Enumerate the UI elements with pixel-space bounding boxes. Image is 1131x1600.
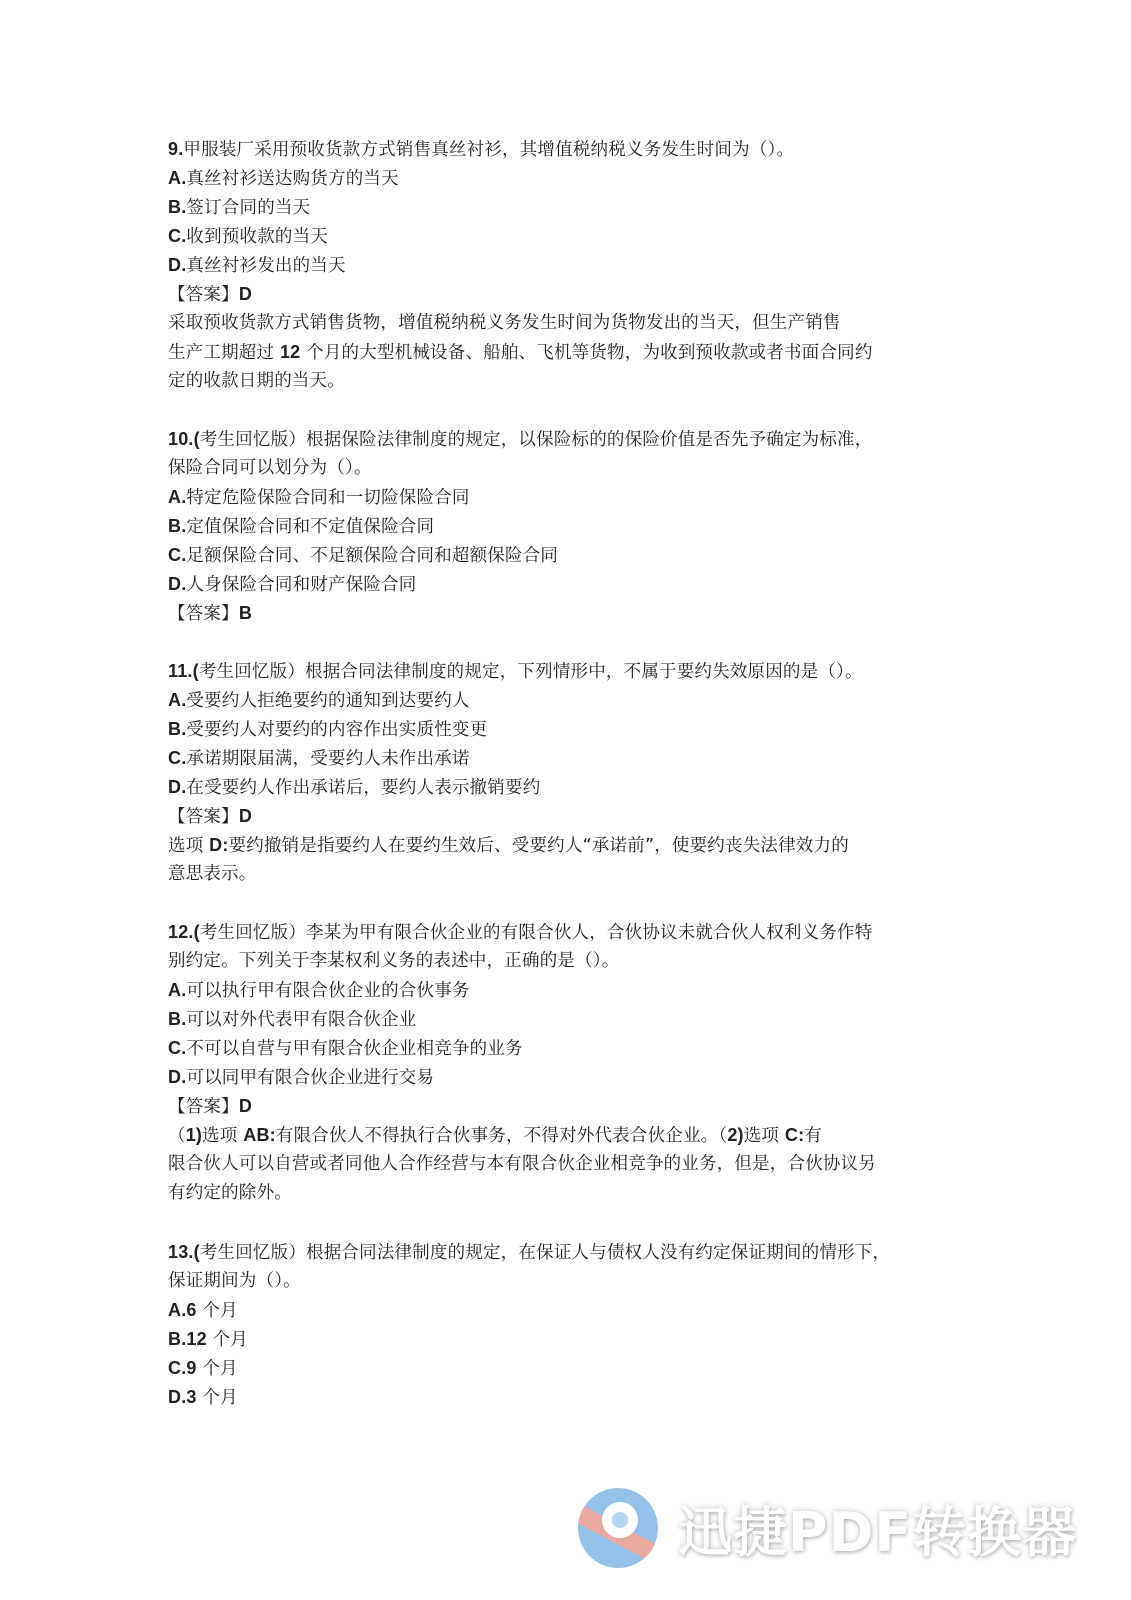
option-letter: D. [168,255,186,275]
option-letter: B. [168,197,186,217]
option-letter: C. [168,1038,186,1058]
question-number: 13.( [168,1242,200,1262]
answer-line: 【答案】B [168,602,252,625]
option-letter: C. [168,748,186,768]
option-d: D.可以同甲有限合伙企业进行交易 [168,1066,434,1089]
option-letter: A. [168,980,186,1000]
option-text: 受要约人拒绝要约的通知到达要约人 [186,691,469,711]
explanation-bold: C: [785,1125,804,1145]
answer-label: 【答案】 [168,285,239,305]
option-text: 个月 [207,1330,248,1350]
explanation-text: 有限合伙人不得执行合伙事务，不得对外代表合伙企业。（ [276,1126,727,1146]
explanation-text: （ [168,1126,186,1146]
explanation-bold: D: [209,835,228,855]
explanation-line: 定的收款日期的当天。 [168,370,345,392]
option-text: 承诺期限届满，受要约人未作出承诺 [186,749,469,769]
question-13-stem-cont: 保证期间为（）。 [168,1270,301,1292]
question-number: 10.( [168,429,200,449]
option-c: C.承诺期限届满，受要约人未作出承诺 [168,747,470,770]
option-text: 个月 [197,1301,238,1321]
answer-value: B [239,603,252,623]
explanation-text: 采取预收货款方式销售货物，增值税纳税义务发生时间为货物发出的当天，但生产销售 [168,313,841,333]
answer-value: D [239,284,252,304]
option-c: C.不可以自营与甲有限合伙企业相竞争的业务 [168,1037,523,1060]
question-text: 考生回忆版）根据合同法律制度的规定，下列情形中，不属于要约失效原因的是（）。 [199,662,863,682]
answer-label: 【答案】 [168,1097,239,1117]
explanation-text: 生产工期超过 [168,343,280,363]
question-text: 考生回忆版）李某为甲有限合伙企业的有限合伙人，合伙协议未就合伙人权利义务作特 [200,923,873,943]
option-letter: D. [168,574,186,594]
option-letter: B.12 [168,1329,207,1349]
option-d: D.在受要约人作出承诺后，要约人表示撤销要约 [168,776,540,799]
answer-value: D [239,1096,252,1116]
option-d: D.人身保险合同和财产保险合同 [168,573,417,596]
explanation-text: 有 [804,1126,822,1146]
option-text: 足额保险合同、不足额保险合同和超额保险合同 [186,546,558,566]
explanation-text: 选项 [168,836,209,856]
option-letter: A. [168,168,186,188]
explanation-bold: 2) [727,1125,743,1145]
option-b: B.可以对外代表甲有限合伙企业 [168,1008,417,1031]
option-letter: D. [168,777,186,797]
option-letter: B. [168,1009,186,1029]
option-letter: A. [168,690,186,710]
option-letter: B. [168,516,186,536]
option-text: 签订合同的当天 [186,198,310,218]
answer-line: 【答案】D [168,1095,252,1118]
explanation-line: 采取预收货款方式销售货物，增值税纳税义务发生时间为货物发出的当天，但生产销售 [168,312,841,334]
option-text: 受要约人对要约的内容作出实质性变更 [186,720,487,740]
answer-line: 【答案】D [168,805,252,828]
explanation-text: 选项 [744,1126,785,1146]
option-letter: C. [168,226,186,246]
question-text: 甲服装厂采用预收货款方式销售真丝衬衫，其增值税纳税义务发生时间为（）。 [183,140,794,160]
option-c: C.9 个月 [168,1357,238,1380]
explanation-text: 要约撤销是指要约人在要约生效后、受要约人“承诺前”，使要约丧失法律效力的 [229,836,849,856]
option-b: B.定值保险合同和不定值保险合同 [168,515,434,538]
option-a: A.可以执行甲有限合伙企业的合伙事务 [168,979,470,1002]
question-12-stem-cont: 别约定。下列关于李某权利义务的表述中，正确的是（）。 [168,950,619,972]
option-letter: A. [168,487,186,507]
question-10-stem: 10.(考生回忆版）根据保险法律制度的规定，以保险标的的保险价值是否先予确定为标… [168,428,872,451]
option-d: D.3 个月 [168,1386,238,1409]
question-number: 9. [168,139,183,159]
option-letter: B. [168,719,186,739]
explanation-text: 有约定的除外。 [168,1183,292,1203]
option-text: 在受要约人作出承诺后，要约人表示撤销要约 [186,778,540,798]
answer-label: 【答案】 [168,807,239,827]
option-b: B.12 个月 [168,1328,248,1351]
watermark-text: 迅捷PDF转换器 [678,1490,1077,1567]
explanation-bold: 12 [280,342,300,362]
question-9-stem: 9.甲服装厂采用预收货款方式销售真丝衬衫，其增值税纳税义务发生时间为（）。 [168,138,794,161]
option-a: A.6 个月 [168,1299,238,1322]
question-text: 考生回忆版）根据保险法律制度的规定，以保险标的的保险价值是否先予确定为标准， [200,430,873,450]
question-text: 保险合同可以划分为（）。 [168,458,372,478]
option-text: 真丝衬衫发出的当天 [186,256,345,276]
option-text: 不可以自营与甲有限合伙企业相竞争的业务 [186,1039,522,1059]
option-a: A.受要约人拒绝要约的通知到达要约人 [168,689,470,712]
question-text: 保证期间为（）。 [168,1271,301,1291]
question-11-stem: 11.(考生回忆版）根据合同法律制度的规定，下列情形中，不属于要约失效原因的是（… [168,660,863,683]
explanation-text: 定的收款日期的当天。 [168,371,345,391]
explanation-line: 有约定的除外。 [168,1182,292,1204]
option-text: 可以对外代表甲有限合伙企业 [186,1010,416,1030]
option-letter: D.3 [168,1387,197,1407]
explanation-line: 生产工期超过 12 个月的大型机械设备、船舶、飞机等货物，为收到预收款或者书面合… [168,341,873,364]
option-text: 个月 [197,1388,238,1408]
option-letter: C.9 [168,1358,197,1378]
explanation-text: 意思表示。 [168,864,257,884]
option-text: 人身保险合同和财产保险合同 [186,575,416,595]
option-c: C.收到预收款的当天 [168,225,328,248]
option-letter: D. [168,1067,186,1087]
question-number: 12.( [168,922,200,942]
question-13-stem: 13.(考生回忆版）根据合同法律制度的规定，在保证人与债权人没有约定保证期间的情… [168,1241,890,1264]
document-page: 9.甲服装厂采用预收货款方式销售真丝衬衫，其增值税纳税义务发生时间为（）。 A.… [0,0,1131,1600]
option-a: A.特定危险保险合同和一切险保险合同 [168,486,470,509]
option-text: 可以执行甲有限合伙企业的合伙事务 [186,981,469,1001]
explanation-text: 个月的大型机械设备、船舶、飞机等货物，为收到预收款或者书面合同约 [300,343,872,363]
question-number: 11.( [168,661,199,681]
question-text: 别约定。下列关于李某权利义务的表述中，正确的是（）。 [168,951,619,971]
option-b: B.签订合同的当天 [168,196,310,219]
option-c: C.足额保险合同、不足额保险合同和超额保险合同 [168,544,558,567]
question-12-stem: 12.(考生回忆版）李某为甲有限合伙企业的有限合伙人，合伙协议未就合伙人权利义务… [168,921,872,944]
logo-ring [602,1502,638,1538]
explanation-line: 选项 D:要约撤销是指要约人在要约生效后、受要约人“承诺前”，使要约丧失法律效力… [168,834,849,857]
explanation-bold: AB: [243,1125,276,1145]
explanation-line: 意思表示。 [168,863,257,885]
option-text: 定值保险合同和不定值保险合同 [186,517,434,537]
answer-line: 【答案】D [168,283,252,306]
option-text: 收到预收款的当天 [186,227,328,247]
option-letter: C. [168,545,186,565]
question-10-stem-cont: 保险合同可以划分为（）。 [168,457,372,479]
explanation-bold: 1) [186,1125,202,1145]
question-text: 考生回忆版）根据合同法律制度的规定，在保证人与债权人没有约定保证期间的情形下， [200,1243,890,1263]
option-b: B.受要约人对要约的内容作出实质性变更 [168,718,487,741]
option-text: 个月 [197,1359,238,1379]
option-letter: A.6 [168,1300,197,1320]
option-a: A.真丝衬衫送达购货方的当天 [168,167,399,190]
explanation-line: 限合伙人可以自营或者同他人合作经营与本有限合伙企业相竞争的业务，但是，合伙协议另 [168,1153,876,1175]
option-text: 可以同甲有限合伙企业进行交易 [186,1068,434,1088]
option-text: 真丝衬衫送达购货方的当天 [186,169,398,189]
option-text: 特定危险保险合同和一切险保险合同 [186,488,469,508]
answer-label: 【答案】 [168,604,239,624]
explanation-text: 限合伙人可以自营或者同他人合作经营与本有限合伙企业相竞争的业务，但是，合伙协议另 [168,1154,876,1174]
watermark: 迅捷PDF转换器 [578,1478,1078,1568]
explanation-line: （1)选项 AB:有限合伙人不得执行合伙事务，不得对外代表合伙企业。（2)选项 … [168,1124,822,1147]
answer-value: D [239,806,252,826]
explanation-text: 选项 [202,1126,243,1146]
option-d: D.真丝衬衫发出的当天 [168,254,346,277]
xunjie-pdf-logo-icon [578,1488,658,1568]
